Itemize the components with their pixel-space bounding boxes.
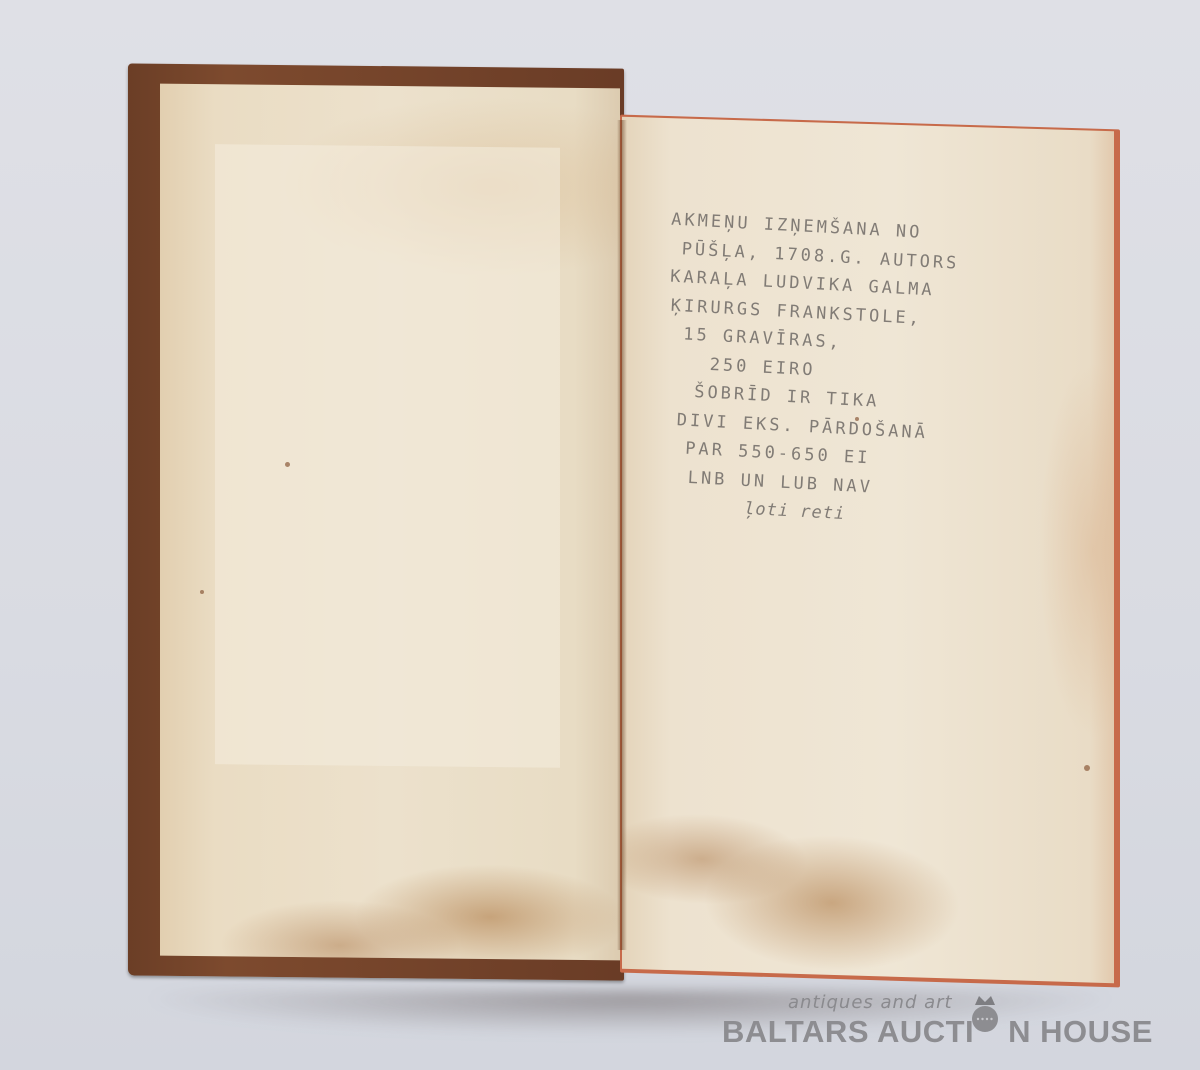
watermark-name-part1: BALTARS AUCTI: [722, 1014, 974, 1049]
book-gutter: [617, 120, 627, 950]
crown-logo-icon: [969, 992, 1001, 1034]
foxing-spot: [200, 590, 204, 594]
watermark-name-part2: N HOUSE: [1008, 1014, 1153, 1049]
pencil-handwritten-note: AKMEŅU IZŅEMŠANA NO PŪŠĻA, 1708.G. AUTOR…: [644, 205, 1080, 540]
left-endpaper-page: [160, 84, 620, 961]
watermark-tagline: antiques and art: [788, 992, 953, 1013]
foxing-spot: [1084, 765, 1090, 771]
watermark-name: BALTARS AUCTIN HOUSE: [722, 1014, 1153, 1050]
paper-discoloration: [215, 144, 560, 768]
auction-house-watermark: antiques and art BALTARS AUCTIN HOUSE: [722, 992, 1122, 1062]
foxing-spot: [285, 462, 290, 467]
